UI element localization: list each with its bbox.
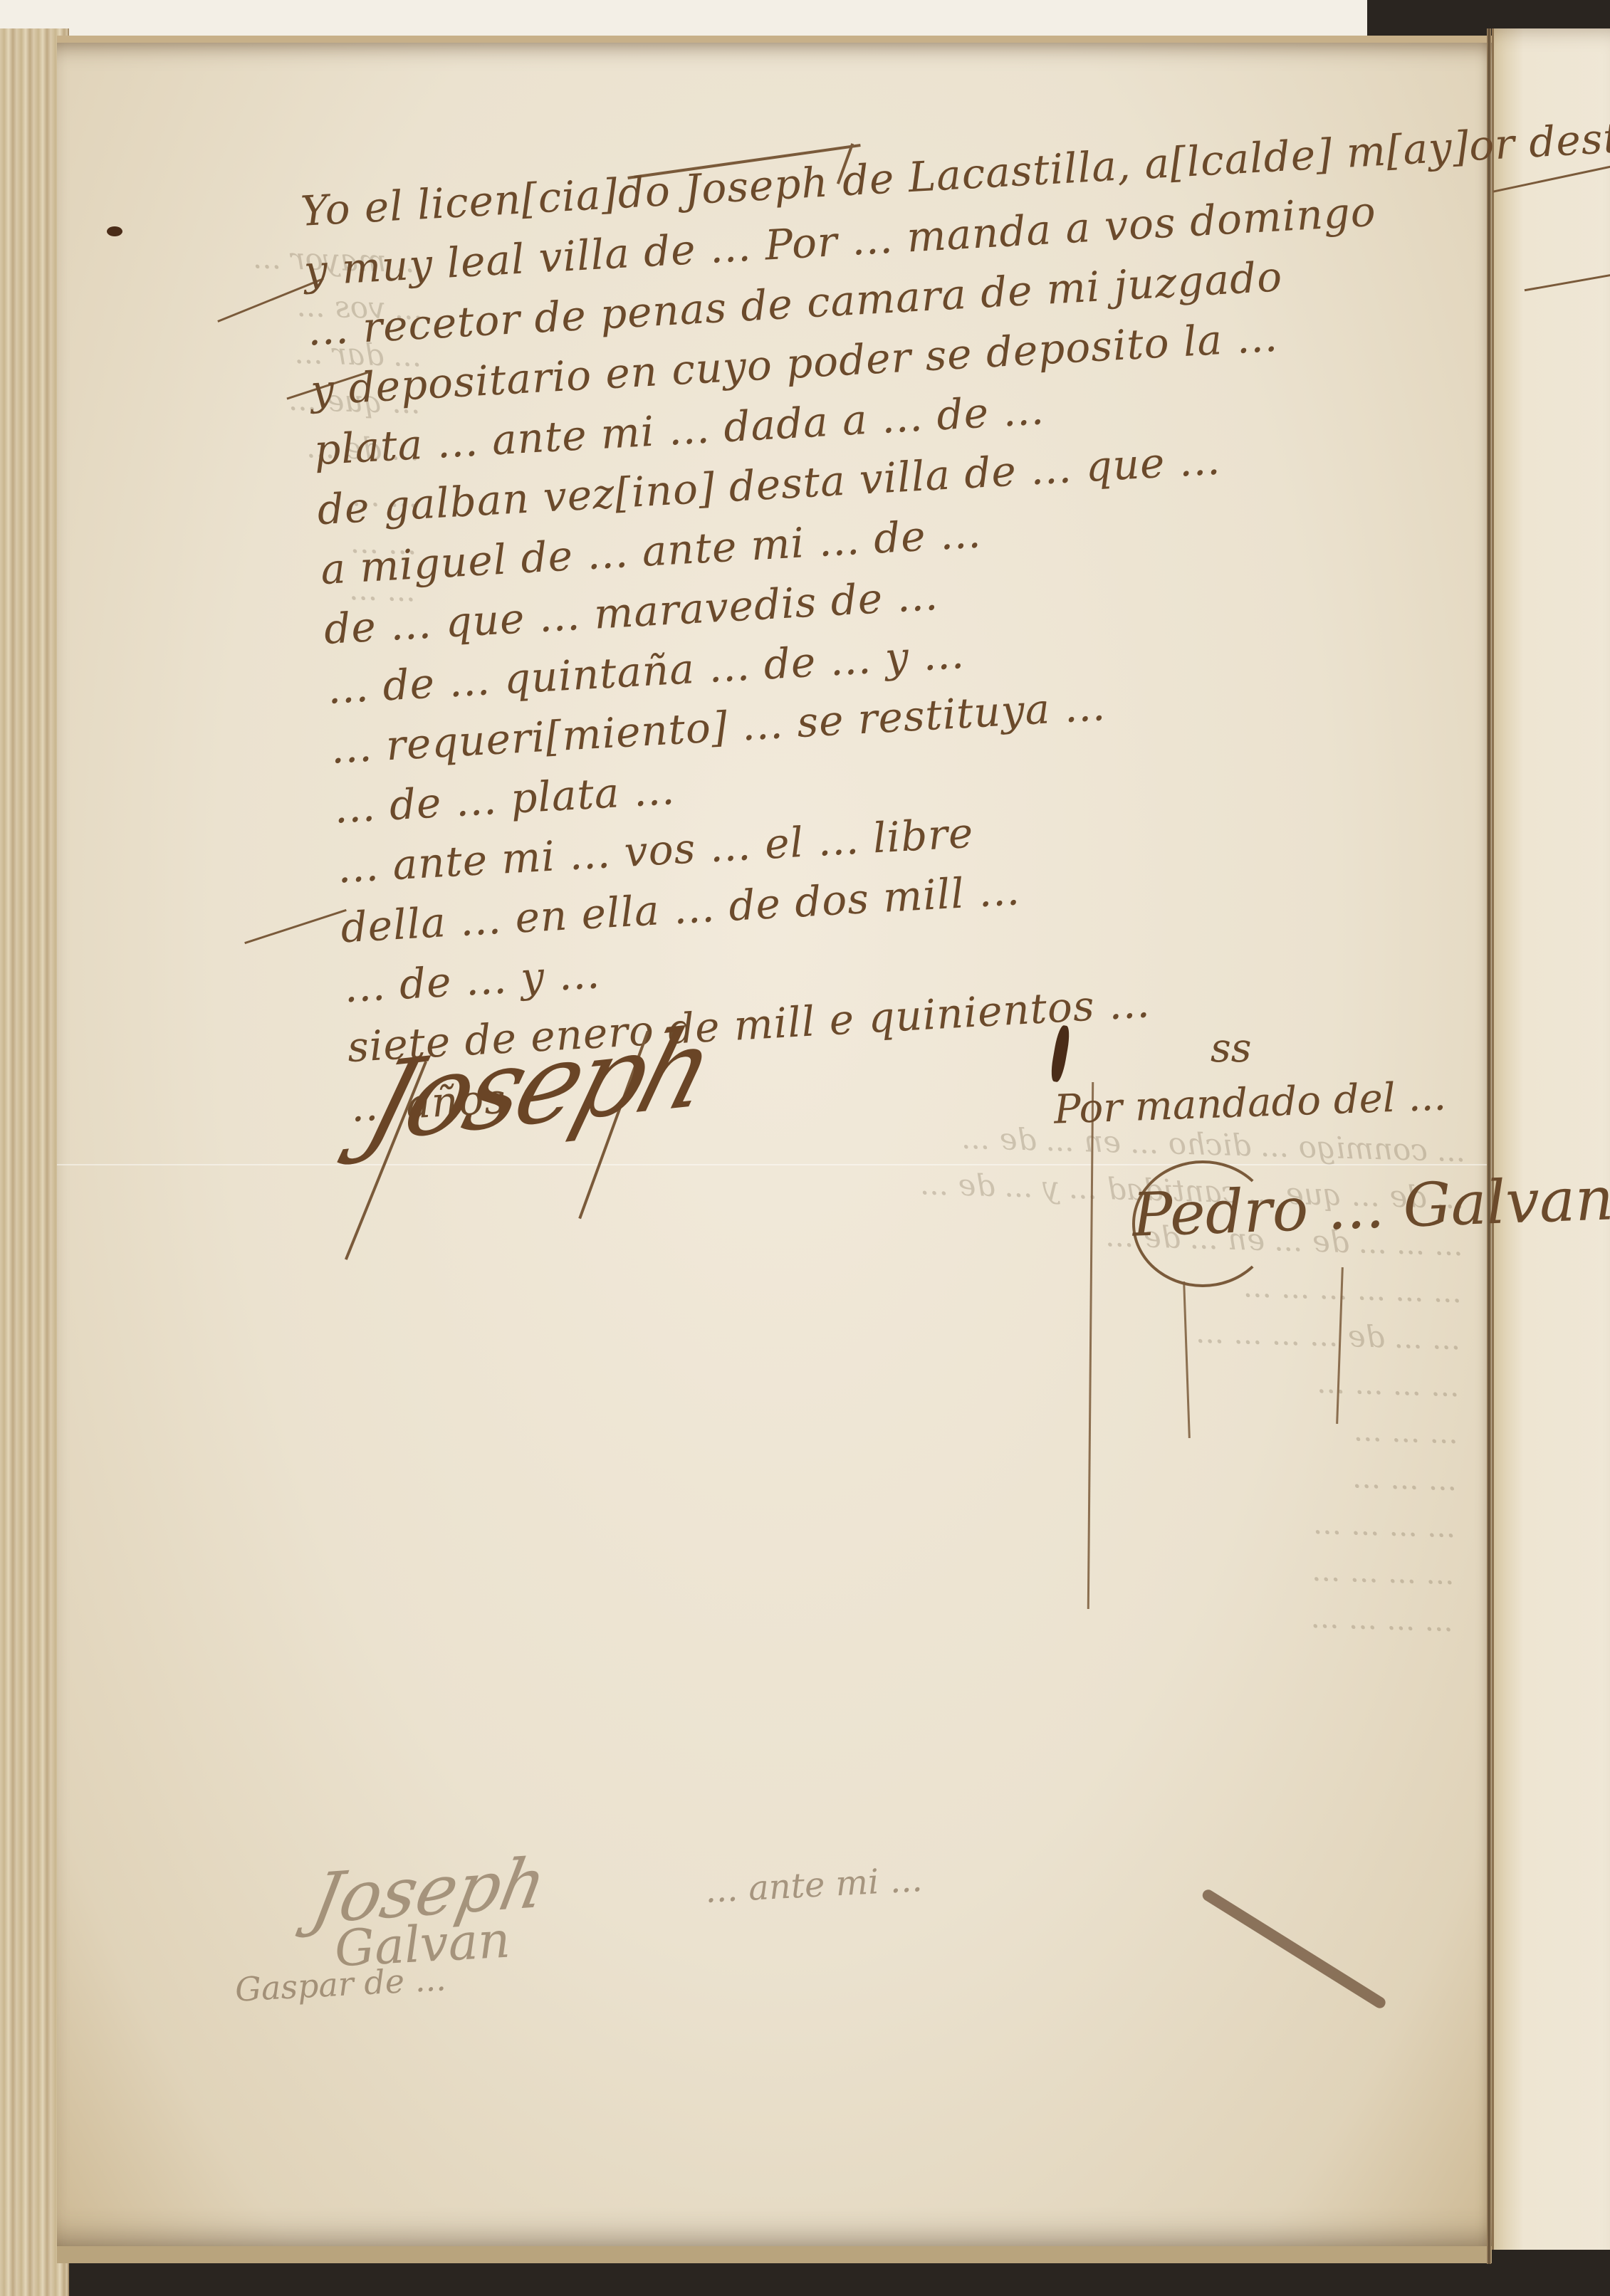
- fold-crease: [57, 1164, 1488, 1165]
- attestation-heading: ss: [1211, 1025, 1251, 1071]
- manuscript-scan: ... mayor ... ... vos ... ... dar ... ..…: [0, 0, 1610, 2296]
- manuscript-body: Yo el licen[cia]do Joseph de Lacastilla,…: [299, 115, 1547, 1137]
- attestation-signature: Pedro ... Galvan: [1131, 1166, 1610, 1247]
- ink-spot: [107, 226, 122, 236]
- facing-page-edge: [1492, 28, 1610, 2250]
